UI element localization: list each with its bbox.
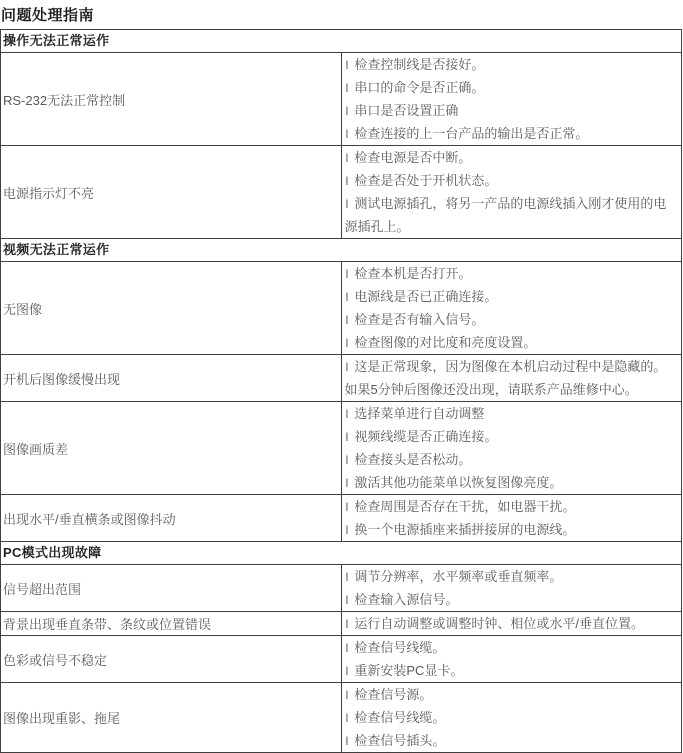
bullet-icon: l (346, 403, 349, 425)
solution-text: 检查是否有输入信号。 (354, 312, 484, 327)
table-row: 无图像l检查本机是否打开。l电源线是否已正确连接。l检查是否有输入信号。l检查图… (1, 262, 682, 355)
solution-text: 激活其他功能菜单以恢复图像亮度。 (354, 475, 562, 490)
bullet-icon: l (346, 519, 349, 541)
solution-text: 测试电源插孔，将另一产品的电源线插入刚才使用的电源插孔上。 (345, 196, 667, 234)
solution-text: 检查周围是否存在干扰，如电器干扰。 (354, 499, 575, 514)
solutions-cell: l检查本机是否打开。l电源线是否已正确连接。l检查是否有输入信号。l检查图像的对… (341, 262, 682, 355)
bullet-icon: l (346, 730, 349, 752)
bullet-icon: l (346, 263, 349, 285)
solution-text: 检查信号插头。 (354, 733, 445, 748)
table-row: 背景出现垂直条带、条纹或位置错误l运行自动调整或调整时钟、相位或水平/垂直位置。 (1, 612, 682, 636)
solution-item: l检查连接的上一台产品的输出是否正常。 (345, 122, 678, 145)
problem-cell: 信号超出范围 (1, 565, 342, 612)
problem-cell: 电源指示灯不亮 (1, 146, 342, 239)
section-header-row: 视频无法正常运作 (1, 239, 682, 262)
solutions-cell: l检查电源是否中断。l检查是否处于开机状态。l测试电源插孔，将另一产品的电源线插… (341, 146, 682, 239)
solution-item: l检查电源是否中断。 (345, 146, 678, 169)
solutions-cell: l检查信号线缆。l重新安装PC显卡。 (341, 636, 682, 683)
solutions-cell: l检查控制线是否接好。l串口的命令是否正确。l串口是否设置正确l检查连接的上一台… (341, 53, 682, 146)
section-header: 操作无法正常运作 (1, 30, 682, 53)
bullet-icon: l (346, 496, 349, 518)
bullet-icon: l (346, 589, 349, 611)
solution-item: l检查周围是否存在干扰，如电器干扰。 (345, 495, 678, 518)
solution-item: l测试电源插孔，将另一产品的电源线插入刚才使用的电源插孔上。 (345, 192, 678, 238)
bullet-icon: l (346, 684, 349, 706)
page-title: 问题处理指南 (1, 4, 683, 25)
solution-item: l检查本机是否打开。 (345, 262, 678, 285)
solution-text: 检查是否处于开机状态。 (354, 173, 497, 188)
solution-text: 检查电源是否中断。 (354, 150, 471, 165)
bullet-icon: l (346, 77, 349, 99)
bullet-icon: l (346, 356, 349, 378)
bullet-icon: l (346, 472, 349, 494)
solution-text: 串口的命令是否正确。 (354, 80, 484, 95)
solution-text: 检查控制线是否接好。 (354, 57, 484, 72)
solution-item: l运行自动调整或调整时钟、相位或水平/垂直位置。 (345, 612, 678, 635)
solution-item: l检查是否处于开机状态。 (345, 169, 678, 192)
problem-cell: 背景出现垂直条带、条纹或位置错误 (1, 612, 342, 636)
solution-text: 电源线是否已正确连接。 (354, 289, 497, 304)
solutions-cell: l运行自动调整或调整时钟、相位或水平/垂直位置。 (341, 612, 682, 636)
solution-item: l视频线缆是否正确连接。 (345, 425, 678, 448)
solution-text: 这是正常现象，因为图像在本机启动过程中是隐藏的。如果5分钟后图像还没出现，请联系… (345, 359, 667, 397)
section-header: 视频无法正常运作 (1, 239, 682, 262)
troubleshooting-table-body: 操作无法正常运作RS-232无法正常控制l检查控制线是否接好。l串口的命令是否正… (1, 30, 682, 753)
bullet-icon: l (346, 566, 349, 588)
bullet-icon: l (346, 286, 349, 308)
problem-cell: RS-232无法正常控制 (1, 53, 342, 146)
solution-text: 检查输入源信号。 (354, 592, 458, 607)
solution-item: l检查控制线是否接好。 (345, 53, 678, 76)
solution-text: 选择菜单进行自动调整 (354, 406, 484, 421)
solution-item: l检查图像的对比度和亮度设置。 (345, 331, 678, 354)
solution-text: 检查信号线缆。 (354, 710, 445, 725)
solution-text: 重新安装PC显卡。 (354, 663, 463, 678)
solutions-cell: l这是正常现象，因为图像在本机启动过程中是隐藏的。如果5分钟后图像还没出现，请联… (341, 355, 682, 402)
bullet-icon: l (346, 426, 349, 448)
bullet-icon: l (346, 147, 349, 169)
solution-text: 检查信号线缆。 (354, 640, 445, 655)
solutions-cell: l检查周围是否存在干扰，如电器干扰。l换一个电源插座来插拼接屏的电源线。 (341, 495, 682, 542)
solution-item: l检查信号插头。 (345, 729, 678, 752)
bullet-icon: l (346, 193, 349, 215)
table-row: 出现水平/垂直横条或图像抖动l检查周围是否存在干扰，如电器干扰。l换一个电源插座… (1, 495, 682, 542)
solution-item: l电源线是否已正确连接。 (345, 285, 678, 308)
problem-cell: 开机后图像缓慢出现 (1, 355, 342, 402)
bullet-icon: l (346, 707, 349, 729)
solution-item: l检查信号源。 (345, 683, 678, 706)
solution-item: l这是正常现象，因为图像在本机启动过程中是隐藏的。如果5分钟后图像还没出现，请联… (345, 355, 678, 401)
solutions-cell: l调节分辨率，水平频率或垂直频率。l检查输入源信号。 (341, 565, 682, 612)
solution-text: 检查接头是否松动。 (354, 452, 471, 467)
bullet-icon: l (346, 660, 349, 682)
troubleshooting-table: 操作无法正常运作RS-232无法正常控制l检查控制线是否接好。l串口的命令是否正… (0, 29, 682, 753)
bullet-icon: l (346, 309, 349, 331)
bullet-icon: l (346, 637, 349, 659)
section-header-row: 操作无法正常运作 (1, 30, 682, 53)
solution-text: 检查信号源。 (354, 687, 432, 702)
bullet-icon: l (346, 449, 349, 471)
problem-cell: 色彩或信号不稳定 (1, 636, 342, 683)
section-header: PC模式出现故障 (1, 542, 682, 565)
solution-item: l串口是否设置正确 (345, 99, 678, 122)
solutions-cell: l选择菜单进行自动调整l视频线缆是否正确连接。l检查接头是否松动。l激活其他功能… (341, 402, 682, 495)
table-row: 图像出现重影、拖尾l检查信号源。l检查信号线缆。l检查信号插头。 (1, 683, 682, 753)
solution-item: l激活其他功能菜单以恢复图像亮度。 (345, 471, 678, 494)
solution-item: l检查输入源信号。 (345, 588, 678, 611)
solution-item: l调节分辨率，水平频率或垂直频率。 (345, 565, 678, 588)
table-row: 信号超出范围l调节分辨率，水平频率或垂直频率。l检查输入源信号。 (1, 565, 682, 612)
solution-item: l检查是否有输入信号。 (345, 308, 678, 331)
solution-item: l重新安装PC显卡。 (345, 659, 678, 682)
table-row: 开机后图像缓慢出现l这是正常现象，因为图像在本机启动过程中是隐藏的。如果5分钟后… (1, 355, 682, 402)
solution-text: 调节分辨率，水平频率或垂直频率。 (354, 569, 562, 584)
solution-text: 视频线缆是否正确连接。 (354, 429, 497, 444)
solution-text: 检查连接的上一台产品的输出是否正常。 (354, 126, 588, 141)
solution-text: 换一个电源插座来插拼接屏的电源线。 (354, 522, 575, 537)
bullet-icon: l (346, 613, 349, 635)
bullet-icon: l (346, 54, 349, 76)
solution-item: l检查信号线缆。 (345, 636, 678, 659)
solution-item: l检查信号线缆。 (345, 706, 678, 729)
solution-text: 检查本机是否打开。 (354, 266, 471, 281)
solutions-cell: l检查信号源。l检查信号线缆。l检查信号插头。 (341, 683, 682, 753)
solution-text: 串口是否设置正确 (354, 103, 458, 118)
table-row: RS-232无法正常控制l检查控制线是否接好。l串口的命令是否正确。l串口是否设… (1, 53, 682, 146)
solution-item: l换一个电源插座来插拼接屏的电源线。 (345, 518, 678, 541)
section-header-row: PC模式出现故障 (1, 542, 682, 565)
problem-cell: 无图像 (1, 262, 342, 355)
solution-item: l检查接头是否松动。 (345, 448, 678, 471)
solution-text: 检查图像的对比度和亮度设置。 (354, 335, 536, 350)
bullet-icon: l (346, 100, 349, 122)
table-row: 电源指示灯不亮l检查电源是否中断。l检查是否处于开机状态。l测试电源插孔，将另一… (1, 146, 682, 239)
table-row: 图像画质差l选择菜单进行自动调整l视频线缆是否正确连接。l检查接头是否松动。l激… (1, 402, 682, 495)
solution-item: l串口的命令是否正确。 (345, 76, 678, 99)
solution-item: l选择菜单进行自动调整 (345, 402, 678, 425)
solution-text: 运行自动调整或调整时钟、相位或水平/垂直位置。 (354, 616, 644, 631)
problem-cell: 图像出现重影、拖尾 (1, 683, 342, 753)
bullet-icon: l (346, 123, 349, 145)
table-row: 色彩或信号不稳定l检查信号线缆。l重新安装PC显卡。 (1, 636, 682, 683)
bullet-icon: l (346, 332, 349, 354)
problem-cell: 图像画质差 (1, 402, 342, 495)
problem-cell: 出现水平/垂直横条或图像抖动 (1, 495, 342, 542)
bullet-icon: l (346, 170, 349, 192)
